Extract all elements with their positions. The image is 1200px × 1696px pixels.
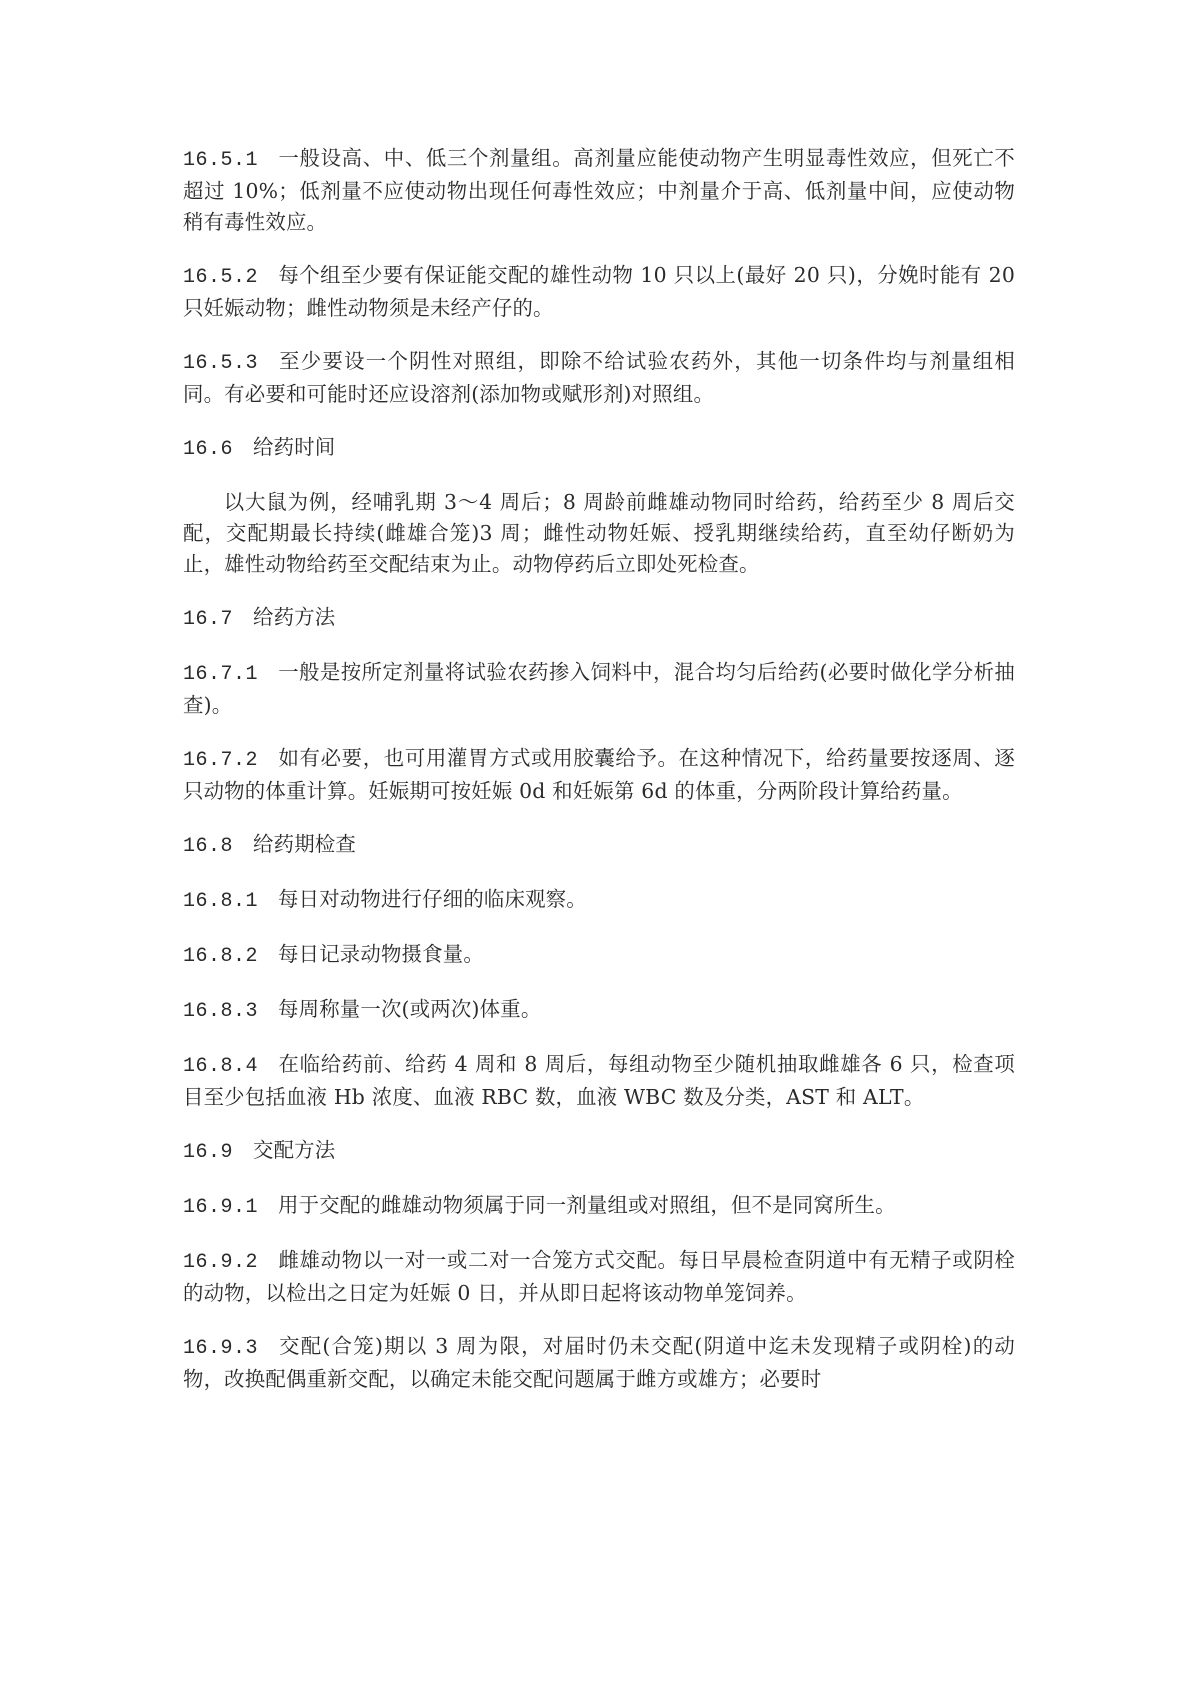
section-number: 16.8 bbox=[183, 831, 233, 862]
clause-number: 16.5.3 bbox=[183, 348, 258, 379]
clause-text: 至少要设一个阴性对照组，即除不给试验农药外，其他一切条件均与剂量组相同。有必要和… bbox=[183, 349, 1015, 406]
paragraph-text: 以大鼠为例，经哺乳期 3～4 周后；8 周龄前雌雄动物同时给药，给药至少 8 周… bbox=[183, 490, 1015, 576]
section-number: 16.9 bbox=[183, 1137, 233, 1168]
clause-text: 每个组至少要有保证能交配的雄性动物 10 只以上(最好 20 只)，分娩时能有 … bbox=[183, 263, 1015, 320]
clause-text: 每日对动物进行仔细的临床观察。 bbox=[278, 887, 587, 911]
clause-number: 16.8.4 bbox=[183, 1051, 258, 1082]
clause-number: 16.8.1 bbox=[183, 886, 258, 917]
clause-text: 如有必要，也可用灌胃方式或用胶囊给予。在这种情况下，给药量要按逐周、逐只动物的体… bbox=[183, 746, 1015, 803]
clause-number: 16.5.2 bbox=[183, 262, 258, 293]
section-title: 给药期检查 bbox=[253, 832, 356, 856]
clause-16-5-3: 16.5.3至少要设一个阴性对照组，即除不给试验农药外，其他一切条件均与剂量组相… bbox=[183, 346, 1015, 410]
clause-16-8-1: 16.8.1每日对动物进行仔细的临床观察。 bbox=[183, 884, 1015, 917]
clause-text: 在临给药前、给药 4 周和 8 周后，每组动物至少随机抽取雌雄各 6 只，检查项… bbox=[183, 1052, 1015, 1109]
clause-number: 16.8.3 bbox=[183, 996, 258, 1027]
section-title: 交配方法 bbox=[253, 1138, 335, 1162]
body-paragraph-dosing-time: 以大鼠为例，经哺乳期 3～4 周后；8 周龄前雌雄动物同时给药，给药至少 8 周… bbox=[183, 487, 1015, 580]
clause-16-9-3: 16.9.3交配(合笼)期以 3 周为限，对届时仍未交配(阴道中迄未发现精子或阴… bbox=[183, 1331, 1015, 1395]
clause-number: 16.9.2 bbox=[183, 1247, 258, 1278]
clause-16-5-2: 16.5.2每个组至少要有保证能交配的雄性动物 10 只以上(最好 20 只)，… bbox=[183, 260, 1015, 324]
section-number: 16.6 bbox=[183, 434, 233, 465]
clause-number: 16.5.1 bbox=[183, 145, 258, 176]
clause-16-8-3: 16.8.3每周称量一次(或两次)体重。 bbox=[183, 994, 1015, 1027]
clause-16-5-1: 16.5.1一般设高、中、低三个剂量组。高剂量应能使动物产生明显毒性效应，但死亡… bbox=[183, 143, 1015, 238]
clause-number: 16.9.1 bbox=[183, 1192, 258, 1223]
section-number: 16.7 bbox=[183, 604, 233, 635]
section-title: 给药方法 bbox=[253, 605, 335, 629]
document-page: 16.5.1一般设高、中、低三个剂量组。高剂量应能使动物产生明显毒性效应，但死亡… bbox=[183, 143, 1015, 1417]
section-heading-16-7: 16.7给药方法 bbox=[183, 602, 1015, 635]
clause-16-7-1: 16.7.1一般是按所定剂量将试验农药掺入饲料中，混合均匀后给药(必要时做化学分… bbox=[183, 657, 1015, 721]
clause-16-7-2: 16.7.2如有必要，也可用灌胃方式或用胶囊给予。在这种情况下，给药量要按逐周、… bbox=[183, 743, 1015, 807]
clause-16-9-1: 16.9.1用于交配的雌雄动物须属于同一剂量组或对照组，但不是同窝所生。 bbox=[183, 1190, 1015, 1223]
clause-text: 每日记录动物摄食量。 bbox=[278, 942, 484, 966]
clause-number: 16.7.1 bbox=[183, 659, 258, 690]
clause-16-9-2: 16.9.2雌雄动物以一对一或二对一合笼方式交配。每日早晨检查阴道中有无精子或阴… bbox=[183, 1245, 1015, 1309]
clause-number: 16.9.3 bbox=[183, 1333, 258, 1364]
section-heading-16-6: 16.6给药时间 bbox=[183, 432, 1015, 465]
clause-text: 一般是按所定剂量将试验农药掺入饲料中，混合均匀后给药(必要时做化学分析抽查)。 bbox=[183, 660, 1015, 717]
clause-number: 16.7.2 bbox=[183, 745, 258, 776]
clause-text: 用于交配的雌雄动物须属于同一剂量组或对照组，但不是同窝所生。 bbox=[278, 1193, 896, 1217]
section-heading-16-9: 16.9交配方法 bbox=[183, 1135, 1015, 1168]
clause-number: 16.8.2 bbox=[183, 941, 258, 972]
clause-text: 一般设高、中、低三个剂量组。高剂量应能使动物产生明显毒性效应，但死亡不超过 10… bbox=[183, 146, 1015, 234]
section-title: 给药时间 bbox=[253, 435, 335, 459]
clause-16-8-2: 16.8.2每日记录动物摄食量。 bbox=[183, 939, 1015, 972]
clause-text: 交配(合笼)期以 3 周为限，对届时仍未交配(阴道中迄未发现精子或阴栓)的动物，… bbox=[183, 1334, 1015, 1391]
clause-text: 雌雄动物以一对一或二对一合笼方式交配。每日早晨检查阴道中有无精子或阴栓的动物，以… bbox=[183, 1248, 1015, 1305]
clause-16-8-4: 16.8.4在临给药前、给药 4 周和 8 周后，每组动物至少随机抽取雌雄各 6… bbox=[183, 1049, 1015, 1113]
clause-text: 每周称量一次(或两次)体重。 bbox=[278, 997, 541, 1021]
section-heading-16-8: 16.8给药期检查 bbox=[183, 829, 1015, 862]
